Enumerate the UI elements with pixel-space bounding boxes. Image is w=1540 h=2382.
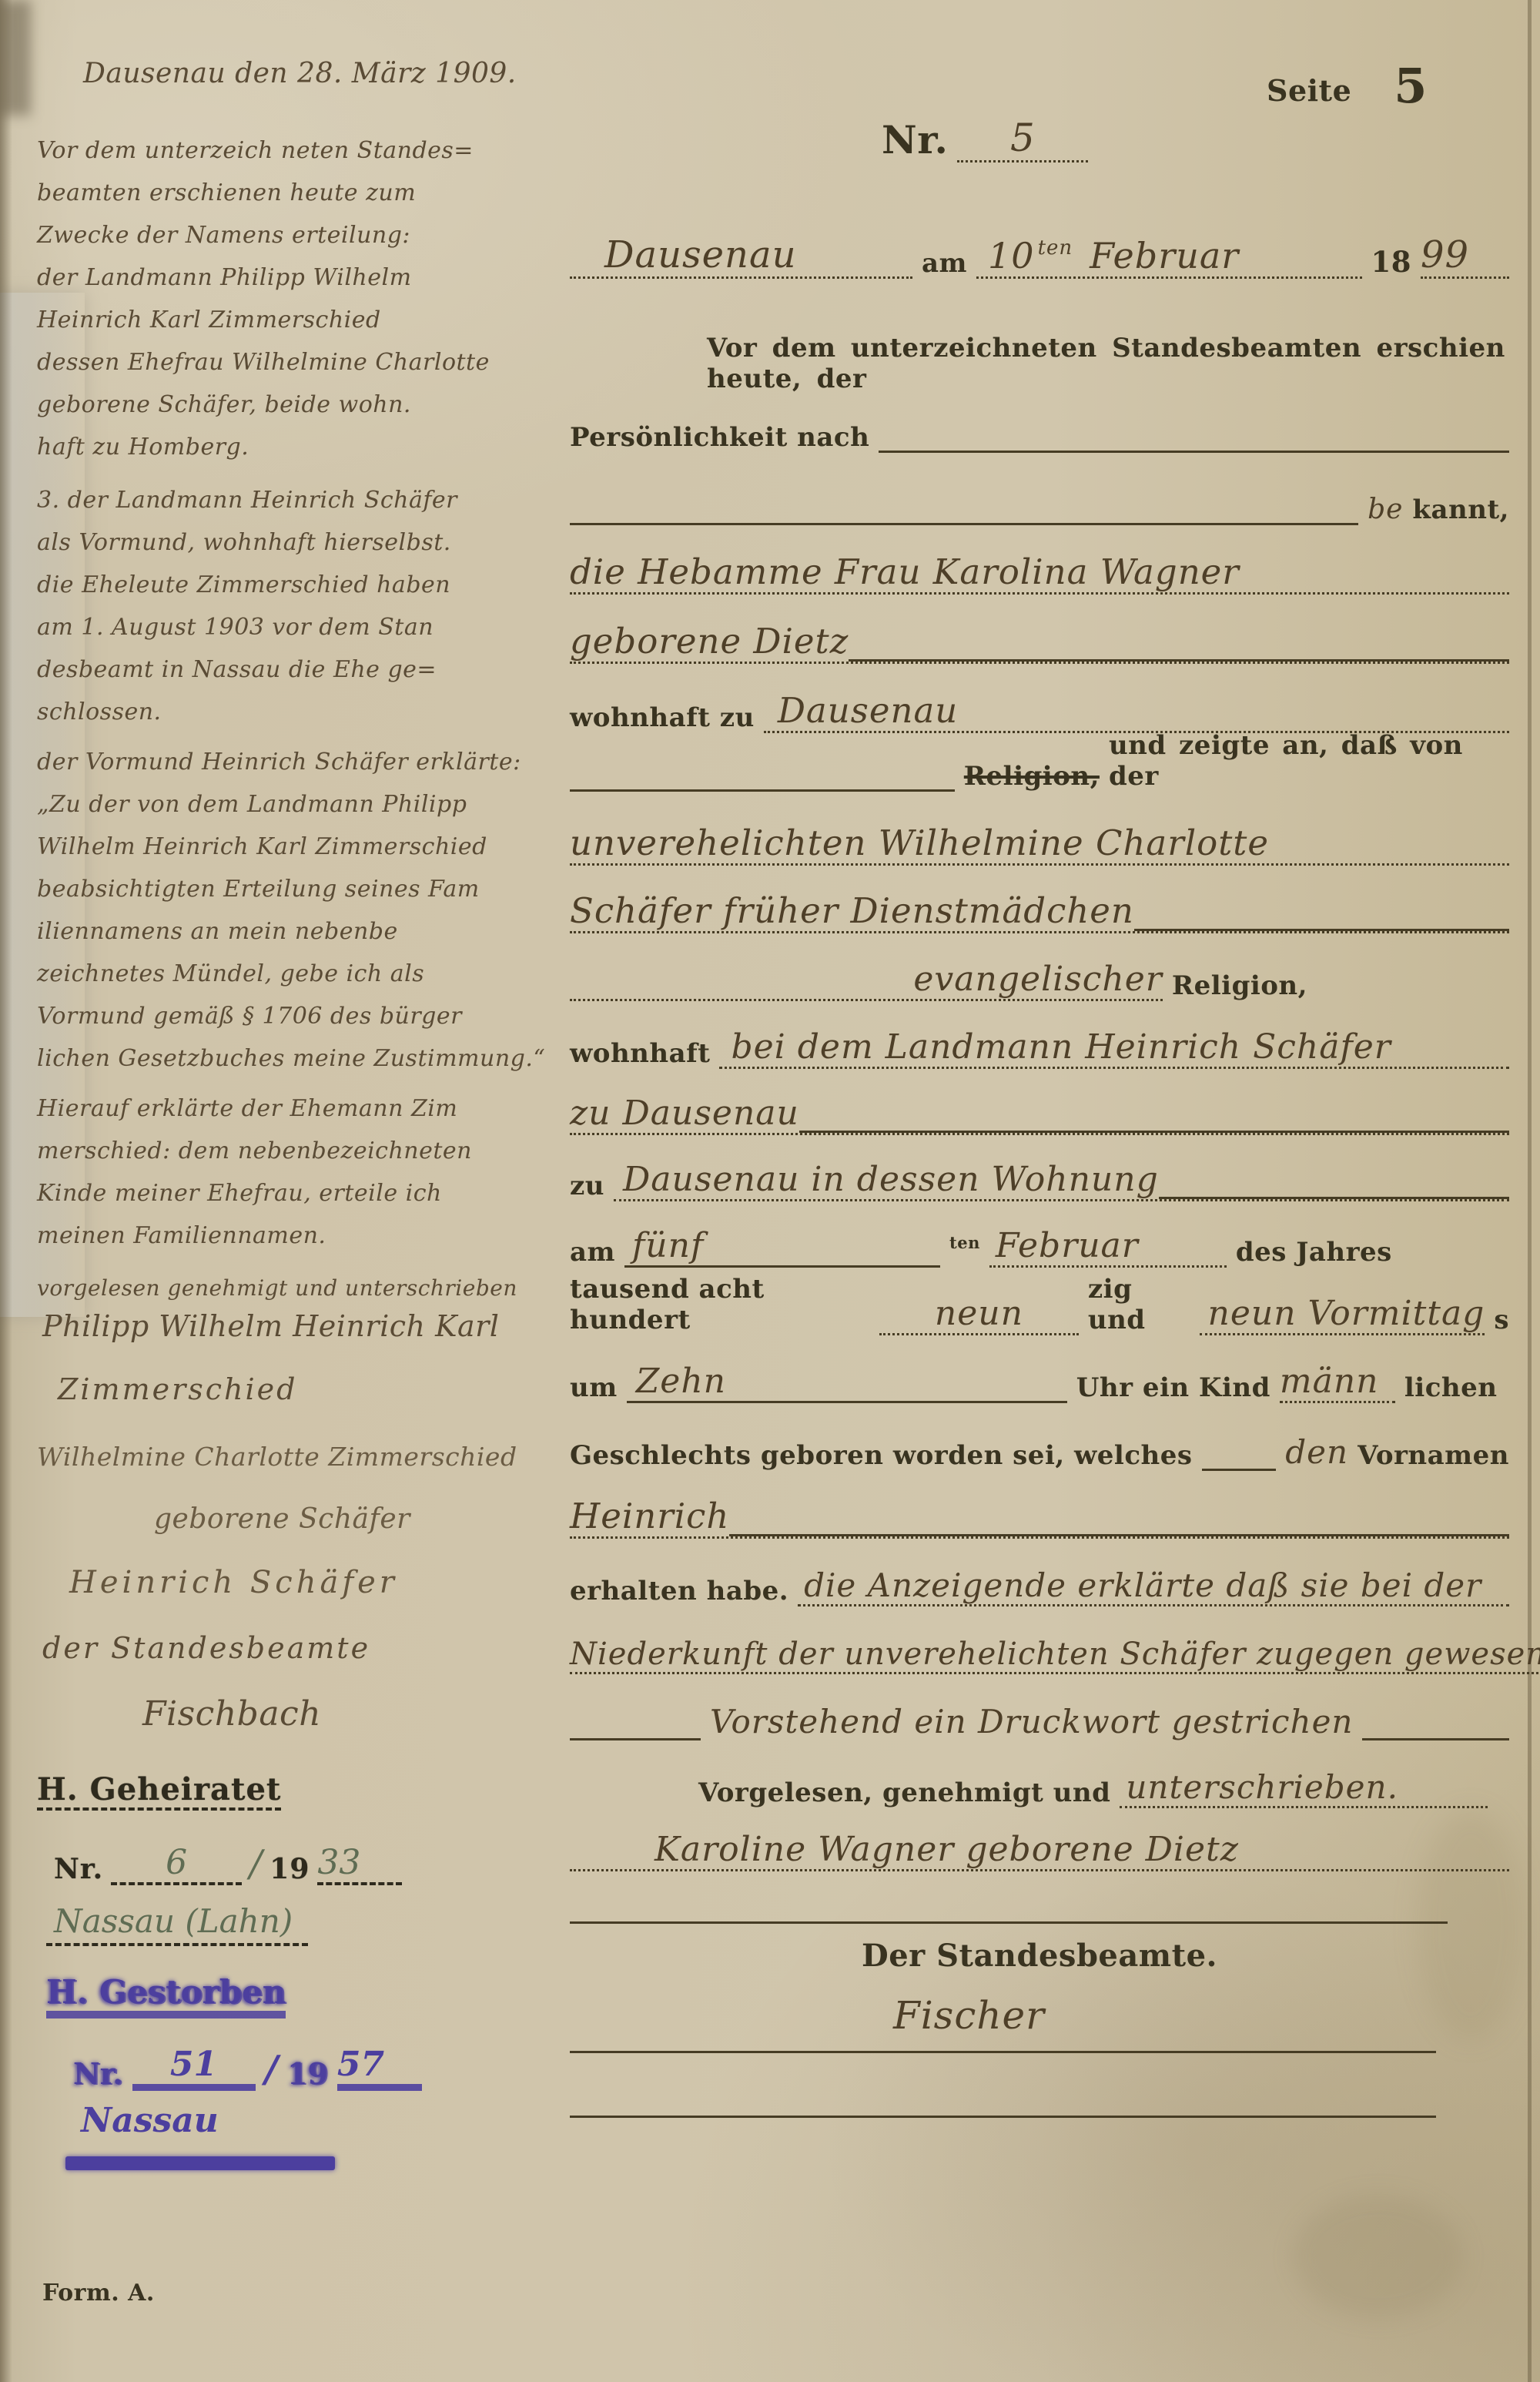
geschlechts-label: Geschlechts geboren worden sei, welches: [570, 1440, 1193, 1471]
margin-note-line: 3. der Landmann Heinrich Schäfer: [37, 479, 561, 521]
married-place: Nassau (Lahn): [46, 1902, 308, 1946]
place-date-row: Dausenau am 10 ten Februar 18 99: [570, 213, 1509, 279]
deceased-year-printed: 19: [287, 2056, 328, 2091]
birth-day-blank: fünf: [624, 1226, 940, 1268]
deceased-nr-label: Nr.: [73, 2056, 123, 2091]
mother-residence-row-2: zu Dausenau: [570, 1080, 1509, 1135]
blank-line: [1362, 1738, 1509, 1740]
margin-signature-father-1: Philipp Wilhelm Heinrich Karl: [42, 1309, 499, 1343]
declaration2-blank: Niederkunft der unverehelichten Schäfer …: [570, 1637, 1540, 1674]
informant-signature-row: Karoline Wagner geborene Dietz: [570, 1816, 1509, 1871]
date-blank: 10 ten Februar: [976, 235, 1361, 279]
deceased-place-row: Nassau: [81, 2101, 219, 2140]
child-name-blank: Heinrich: [570, 1496, 1509, 1539]
married-number-row: Nr. 6 / 19 33: [54, 1842, 402, 1885]
hour-hand: Zehn: [636, 1362, 726, 1401]
blank-line: [879, 451, 1509, 453]
married-nr-label: Nr.: [54, 1853, 103, 1885]
geschlecht-row: Geschlechts geboren worden sei, welches …: [570, 1415, 1509, 1471]
declaration2: Niederkunft der unverehelichten Schäfer …: [570, 1637, 1540, 1672]
zeigte-an-label: und zeigte an, daß von der: [1109, 730, 1509, 792]
margin-signature-father-2: Zimmerschied: [58, 1372, 298, 1406]
informant-line1: die Hebamme Frau Karolina Wagner: [570, 551, 1240, 592]
purple-stamp-bar: [65, 2156, 335, 2170]
married-nr-blank: 6: [111, 1843, 242, 1885]
declaration1: die Anzeigende erklärte daß sie bei der: [804, 1566, 1481, 1604]
deceased-year-blank: 57: [337, 2045, 422, 2091]
leader: [799, 1131, 1509, 1133]
margin-note-line: zeichnetes Mündel, gebe ich als: [37, 953, 561, 995]
margin-note-line: Kinde meiner Ehefrau, erteile ich: [37, 1172, 561, 1214]
margin-note-line: „Zu der von dem Landmann Philipp: [37, 783, 561, 826]
birth-place: Dausenau in dessen Wohnung: [623, 1160, 1159, 1199]
wohnhaft-zu-label: wohnhaft zu: [570, 702, 755, 733]
birth-place-blank: Dausenau in dessen Wohnung: [614, 1160, 1509, 1201]
empty-line-row: [570, 1885, 1448, 1924]
birth-hour-row: um Zehn Uhr ein Kind männ lichen: [570, 1348, 1509, 1403]
margin-note-line: beabsichtigten Erteilung seines Fam: [37, 868, 561, 910]
leader: [849, 659, 1509, 662]
margin-note-line: Hierauf erklärte der Ehemann Zim: [37, 1087, 561, 1130]
nr-label: Nr.: [882, 117, 948, 162]
margin-note-block-3: der Vormund Heinrich Schäfer erklärte: „…: [37, 741, 561, 1080]
margin-note-line: beamten erschienen heute zum: [37, 172, 561, 214]
correction-row: Vorstehend ein Druckwort gestrichen: [570, 1685, 1509, 1740]
residence-row-1: wohnhaft zu Dausenau: [570, 678, 1509, 733]
blank-line: [570, 523, 1358, 525]
bekannt-row: be kannt,: [570, 479, 1509, 525]
margin-note-line: der Vormund Heinrich Schäfer erklärte:: [37, 741, 561, 783]
residence1-value: Dausenau: [778, 690, 958, 731]
year-hand: 99: [1421, 233, 1469, 276]
margin-note-line: desbeamt in Nassau die Ehe ge=: [37, 648, 561, 691]
bottom-line-row: [570, 2079, 1436, 2118]
am-label-2: am: [570, 1237, 615, 1268]
mother-row-1: unverehelichten Wilhelmine Charlotte: [570, 810, 1509, 866]
informant-signature: Karoline Wagner geborene Dietz: [654, 1830, 1239, 1869]
year-blank: 99: [1421, 233, 1509, 279]
margin-signature-guardian: Heinrich Schäfer: [69, 1565, 398, 1600]
am-label: am: [922, 248, 967, 279]
mother-residence-row: wohnhaft bei dem Landmann Heinrich Schäf…: [570, 1013, 1509, 1069]
blank-line: [570, 2116, 1436, 2118]
vornamen-label: Vornamen: [1358, 1440, 1509, 1471]
margin-note-line: dessen Ehefrau Wilhelmine Charlotte: [37, 341, 561, 384]
gender-hand: männ: [1280, 1362, 1379, 1401]
margin-note-line: vorgelesen genehmigt und unterschrieben: [37, 1267, 561, 1309]
child-name-row: Heinrich: [570, 1483, 1509, 1539]
margin-note-line: lichen Gesetzbuches meine Zustimmung.“: [37, 1037, 561, 1080]
nr-blank: 5: [957, 116, 1088, 162]
zig-und-label: zig und: [1088, 1274, 1191, 1335]
religion-struck: Religion,: [964, 761, 1100, 792]
married-year-value: 33: [317, 1843, 360, 1882]
deceased-year-value: 57: [337, 2045, 384, 2084]
religion-value: evangelischer: [913, 960, 1162, 999]
place-value: Dausenau: [604, 233, 797, 276]
religion-label: Religion,: [1172, 970, 1307, 1001]
um-label: um: [570, 1372, 618, 1403]
birth-month-blank: Februar: [989, 1226, 1227, 1268]
mother-blank2: Schäfer früher Dienstmädchen: [570, 890, 1509, 933]
persoenlichkeit-row: Persönlichkeit nach: [570, 407, 1509, 453]
margin-registrar-title: der Standesbeamte: [42, 1631, 370, 1665]
margin-note-line: die Eheleute Zimmerschied haben: [37, 564, 561, 606]
religion-row: evangelischer Religion,: [570, 946, 1509, 1001]
birth-date-row: am fünf ten Februar des Jahres: [570, 1212, 1509, 1268]
page-header: Seite 5: [1267, 65, 1428, 108]
bekannt-label: kannt,: [1412, 494, 1509, 525]
margin-note-block-2: 3. der Landmann Heinrich Schäfer als Vor…: [37, 479, 561, 733]
married-slash: /: [249, 1842, 262, 1885]
intro-row: Vor dem unterzeichneten Standesbeamten e…: [570, 333, 1509, 394]
registrar-signature: Fischer: [893, 1993, 1045, 2038]
informant-signature-blank: Karoline Wagner geborene Dietz: [570, 1830, 1509, 1871]
leader: [1159, 1197, 1509, 1199]
margin-note-line: schlossen.: [37, 691, 561, 733]
margin-note-line: haft zu Homberg.: [37, 426, 561, 468]
ten-label: ten: [949, 1233, 980, 1268]
deceased-slash: /: [265, 2048, 279, 2091]
page-right-edge: [1528, 0, 1532, 2382]
married-year-printed: 19: [269, 1853, 310, 1885]
vorgelesen-row: Vorgelesen, genehmigt und unterschrieben…: [570, 1753, 1509, 1808]
persoenlichkeit-label: Persönlichkeit nach: [570, 422, 869, 453]
nr-value: 5: [1010, 116, 1036, 160]
margin-date-line: Dausenau den 28. März 1909.: [37, 52, 607, 95]
married-place-row: Nassau (Lahn): [46, 1902, 308, 1940]
blank-line: [570, 2051, 1436, 2053]
mother-residence: bei dem Landmann Heinrich Schäfer: [731, 1027, 1391, 1067]
declaration1-blank: die Anzeigende erklärte daß sie bei der: [798, 1566, 1509, 1606]
form-label-row: Form. A.: [42, 2280, 155, 2307]
deceased-nr-value: 51: [170, 2045, 217, 2084]
religion-blank: evangelischer: [570, 960, 1163, 1001]
margin-note-block-5: vorgelesen genehmigt und unterschrieben: [37, 1267, 561, 1309]
margin-note-line: am 1. August 1903 vor dem Stan: [37, 606, 561, 648]
margin-signature-mother-2: geborene Schäfer: [154, 1503, 410, 1535]
year-time-hand: neun Vormittag: [1207, 1294, 1485, 1333]
birth-place-row: zu Dausenau in dessen Wohnung: [570, 1146, 1509, 1201]
registrar-signature-row: Fischer: [893, 1976, 1045, 2038]
deceased-number-row: Nr. 51 / 19 57: [73, 2045, 422, 2091]
margin-note-line: geborene Schäfer, beide wohn.: [37, 384, 561, 426]
paper-stain: [1294, 2195, 1463, 2318]
deceased-place: Nassau: [81, 2101, 219, 2140]
informant-row-1: die Hebamme Frau Karolina Wagner: [570, 539, 1509, 595]
blank-line: [570, 1738, 701, 1740]
tausend-label: tausend acht hundert: [570, 1274, 870, 1335]
married-year-blank: 33: [317, 1843, 402, 1885]
blank-line: [1202, 1469, 1277, 1471]
margin-note-block-4: Hierauf erklärte der Ehemann Zim merschi…: [37, 1087, 561, 1257]
date-month: Februar: [1076, 235, 1239, 276]
blank-line: [570, 789, 955, 792]
deceased-stamp-block: H. Gestorben: [46, 1973, 286, 2011]
mother-residence2: zu Dausenau: [570, 1094, 799, 1133]
child-name: Heinrich: [570, 1496, 729, 1536]
margin-note-line: Zwecke der Namens erteilung:: [37, 214, 561, 256]
margin-note-line: Vor dem unterzeich neten Standes=: [37, 129, 561, 172]
birth-register-scan: Seite 5 Nr. 5 Dausenau am 10 ten Februar…: [0, 0, 1540, 2382]
married-stamp-block: H. Geheiratet: [37, 1771, 281, 1807]
blank-line: [570, 1921, 1448, 1924]
mother-residence-blank: bei dem Landmann Heinrich Schäfer: [719, 1027, 1509, 1069]
correction-note: Vorstehend ein Druckwort gestrichen: [710, 1703, 1353, 1740]
des-jahres-label: des Jahres: [1236, 1237, 1392, 1268]
margin-note-line: Dausenau den 28. März 1909.: [83, 52, 607, 95]
deceased-nr-blank: 51: [132, 2045, 256, 2091]
date-day-suffix: ten: [1038, 236, 1073, 276]
den-hand: den: [1285, 1433, 1348, 1471]
page-number: 5: [1394, 65, 1428, 108]
leader: [1134, 929, 1509, 931]
hour-blank: Zehn: [627, 1362, 1067, 1403]
unterschrieben-blank: unterschrieben.: [1120, 1768, 1488, 1808]
margin-note-line: iliennamens an mein nebenbe: [37, 910, 561, 953]
margin-note-line: merschied: dem nebenbezeichneten: [37, 1130, 561, 1172]
religion-struck-row: Religion, und zeigte an, daß von der: [570, 745, 1509, 792]
registrar-label: Der Standesbeamte.: [862, 1938, 1217, 1974]
married-stamp-label: H. Geheiratet: [37, 1771, 281, 1811]
margin-note-line: meinen Familiennamen.: [37, 1214, 561, 1257]
informant-row-2: geborene Dietz: [570, 608, 1509, 664]
intro-text: Vor dem unterzeichneten Standesbeamten e…: [570, 333, 1509, 394]
informant-blank2: geborene Dietz: [570, 621, 1509, 664]
margin-note-line: Wilhelm Heinrich Karl Zimmerschied: [37, 826, 561, 868]
erhalten-label: erhalten habe.: [570, 1576, 788, 1606]
birth-month: Februar: [996, 1226, 1139, 1265]
leader: [729, 1534, 1509, 1536]
lichen-label: lichen: [1404, 1372, 1498, 1403]
margin-registrar-signature: Fischbach: [142, 1694, 321, 1734]
record-number-row: Nr. 5: [882, 116, 1088, 162]
be-hand: be: [1368, 494, 1403, 525]
declaration-row-2: Niederkunft der unverehelichten Schäfer …: [570, 1619, 1509, 1674]
declaration-row-1: erhalten habe. die Anzeigende erklärte d…: [570, 1551, 1509, 1606]
birth-year-row: tausend acht hundert neun zig und neun V…: [570, 1280, 1509, 1335]
mother-line2: Schäfer früher Dienstmädchen: [570, 890, 1134, 931]
margin-note-block-1: Vor dem unterzeich neten Standes= beamte…: [37, 129, 561, 468]
mother-line1: unverehelichten Wilhelmine Charlotte: [570, 822, 1269, 863]
margin-signature-mother-1: Wilhelmine Charlotte Zimmerschied: [37, 1442, 517, 1472]
zu-label: zu: [570, 1171, 604, 1201]
unterschrieben-hand: unterschrieben.: [1126, 1768, 1398, 1806]
informant-blank: die Hebamme Frau Karolina Wagner: [570, 551, 1509, 595]
wohnhaft-label: wohnhaft: [570, 1038, 710, 1069]
form-label: Form. A.: [42, 2280, 155, 2307]
residence-blank: Dausenau: [764, 690, 1509, 733]
married-nr-value: 6: [166, 1843, 187, 1882]
margin-note-line: der Landmann Philipp Wilhelm: [37, 256, 561, 299]
margin-note-line: Vormund gemäß § 1706 des bürger: [37, 995, 561, 1037]
s-label: s: [1494, 1305, 1509, 1335]
seite-label: Seite: [1267, 73, 1351, 108]
place-blank: Dausenau: [570, 233, 912, 279]
gender-blank: männ: [1280, 1362, 1395, 1403]
vorgelesen-label: Vorgelesen, genehmigt und: [698, 1777, 1110, 1808]
mother-residence2-blank: zu Dausenau: [570, 1094, 1509, 1135]
uhr-label: Uhr ein Kind: [1076, 1372, 1270, 1403]
margin-note-line: als Vormund, wohnhaft hierselbst.: [37, 521, 561, 564]
decade-blank: neun: [879, 1294, 1079, 1335]
birth-day: fünf: [632, 1226, 704, 1265]
year-time-blank: neun Vormittag: [1200, 1294, 1485, 1335]
margin-note-line: Heinrich Karl Zimmerschied: [37, 299, 561, 341]
year-printed: 18: [1371, 245, 1412, 279]
mother-row-2: Schäfer früher Dienstmädchen: [570, 878, 1509, 933]
registrar-title-row: Der Standesbeamte.: [570, 1938, 1509, 1974]
page-left-edge: [0, 0, 12, 2382]
mother-blank1: unverehelichten Wilhelmine Charlotte: [570, 822, 1509, 866]
informant-line2: geborene Dietz: [570, 621, 849, 662]
deceased-stamp-label: H. Gestorben: [46, 1973, 286, 2019]
date-day: 10: [988, 235, 1035, 276]
decade-hand: neun: [935, 1294, 1023, 1333]
